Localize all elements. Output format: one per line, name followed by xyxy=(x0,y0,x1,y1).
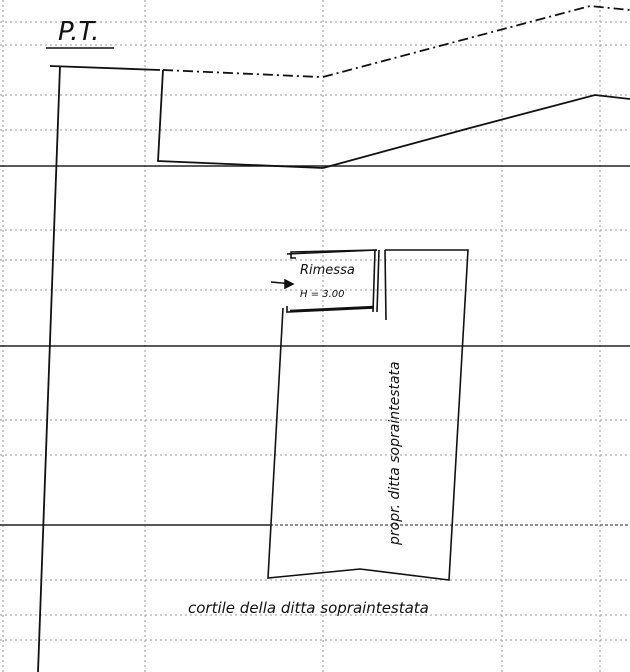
courtyard-label: cortile della ditta sopraintestata xyxy=(188,599,429,617)
property-vertical-label: propr. ditta sopraintestata xyxy=(387,361,403,546)
room-name-label: Rimessa xyxy=(300,263,355,278)
room-height-label: H = 3.00 xyxy=(300,289,345,300)
property-outline xyxy=(268,250,468,580)
grid-lines xyxy=(0,0,630,672)
floor-plan-drawing: P.T. Rimessa H = 3.00 propr. ditta sopra… xyxy=(0,0,630,672)
major-grid-lines xyxy=(0,166,630,525)
entrance-arrow xyxy=(271,280,293,288)
floor-label: P.T. xyxy=(58,17,99,47)
